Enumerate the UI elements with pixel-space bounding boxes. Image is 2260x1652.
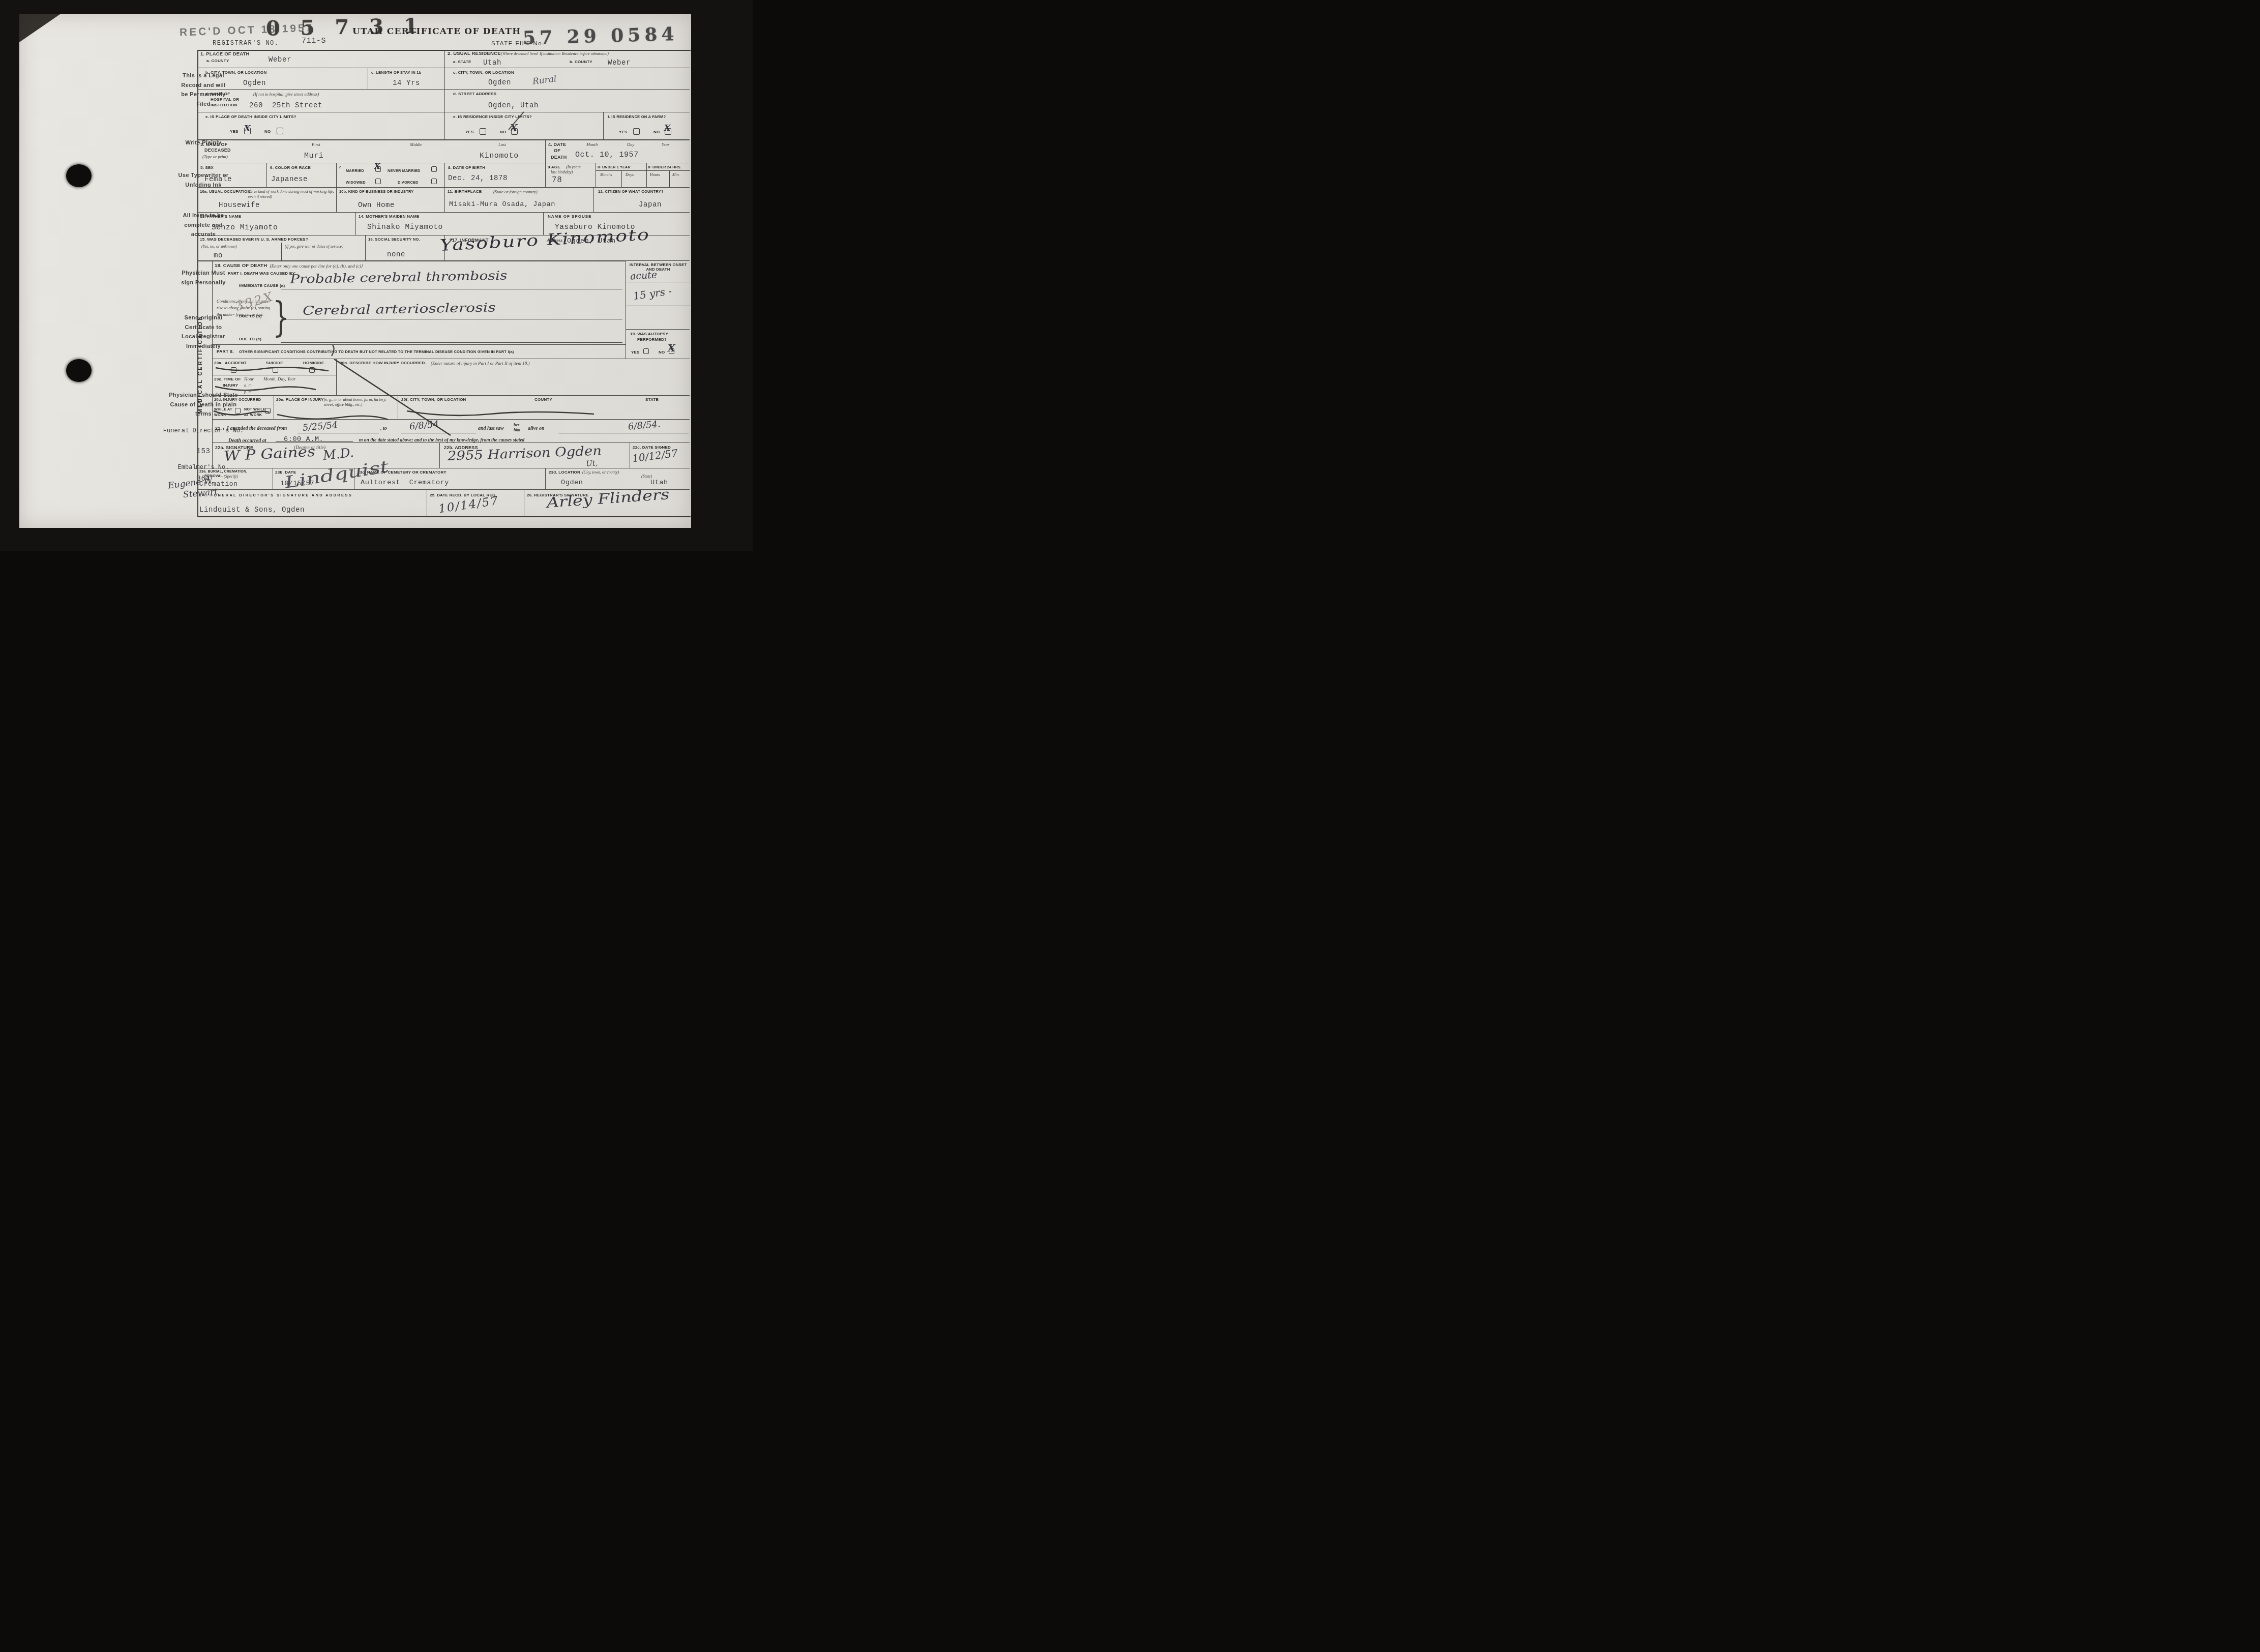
dod-year-header: Year xyxy=(662,142,669,147)
injury-f-label: 20f. CITY, TOWN, OR LOCATION xyxy=(401,397,466,402)
cell-residence-city-limits: e. IS RESIDENCE INSIDE CITY LIMITS? YES … xyxy=(444,112,603,139)
attendance-text-3: and last saw xyxy=(478,426,504,431)
attendance-him: him xyxy=(514,428,520,432)
interval-a-value: acute xyxy=(630,269,657,282)
place-of-death-title: 1. PLACE OF DEATH xyxy=(200,51,250,57)
cell-residence-city: c. CITY, TOWN, OR LOCATION Ogden Rural xyxy=(444,68,690,89)
injury-d-label: 20d. INJURY OCCURRED xyxy=(214,397,261,402)
attend-to-line xyxy=(401,433,476,433)
hospital-label-3: INSTITUTION xyxy=(211,103,237,107)
birthplace-label: 11. BIRTHPLACE xyxy=(448,189,482,194)
cell-attendance: 21. I attended the deceased from , to an… xyxy=(212,419,690,442)
dod-value: Oct. 10, 1957 xyxy=(575,151,639,159)
months-label: Months xyxy=(600,172,612,177)
citizen-value: Japan xyxy=(639,201,662,209)
residence-limits-label: e. IS RESIDENCE INSIDE CITY LIMITS? xyxy=(453,114,532,119)
cell-pod-city-limits: e. IS PLACE OF DEATH INSIDE CITY LIMITS?… xyxy=(197,112,444,139)
funeral-director-label: 24. FUNERAL DIRECTOR'S SIGNATURE AND ADD… xyxy=(199,493,352,497)
name-note: (Type or print) xyxy=(202,154,228,159)
dob-label: 8. DATE OF BIRTH xyxy=(448,165,485,170)
usual-residence-note: (Where deceased lived. If institution: R… xyxy=(501,51,687,56)
punch-hole-top xyxy=(66,164,92,187)
dod-label-1: 4. DATE xyxy=(548,142,566,147)
race-value: Japanese xyxy=(271,175,308,184)
last-seen-line xyxy=(558,433,689,433)
homicide-label: HOMICIDE xyxy=(303,361,324,365)
while-at-work-checkbox xyxy=(235,408,241,414)
injury-b-note: (Enter nature of injury in Part I or Par… xyxy=(431,361,529,366)
under-24-hrs-label: IF UNDER 24 HRS. xyxy=(648,165,681,169)
injury-e-label: 20e. PLACE OF INJURY xyxy=(276,397,324,402)
residence-state-value: Utah xyxy=(483,59,501,67)
cemetery-value: Aultorest Crematory xyxy=(361,479,449,487)
farm-label: f. IS RESIDENCE ON A FARM? xyxy=(608,114,666,119)
funeral-director-value: Lindquist & Sons, Ogden xyxy=(199,506,305,514)
last-name-value: Kinomoto xyxy=(480,152,519,160)
stay-value: 14 Yrs xyxy=(393,79,420,87)
cell-usual-residence: 2. USUAL RESIDENCE (Where deceased lived… xyxy=(444,50,690,68)
street-address-value: Ogden, Utah xyxy=(488,102,539,110)
dod-month-header: Month xyxy=(586,142,598,147)
part2-text: OTHER SIGNIFICANT CONDITIONS CONTRIBUTIN… xyxy=(239,349,514,354)
married-label: MARRIED xyxy=(346,168,364,173)
location-note: (City, town, or county) xyxy=(582,470,619,475)
medical-certification-label: MEDICAL CERTIFICATION xyxy=(197,261,212,467)
race-label: 6. COLOR OR RACE xyxy=(270,165,311,170)
mother-value: Shinako Miyamoto xyxy=(367,223,443,231)
dob-value: Dec. 24, 1878 xyxy=(448,174,508,183)
county-label: a. COUNTY xyxy=(206,58,229,63)
hospital-value: 260 25th Street xyxy=(249,102,322,110)
cell-race: 6. COLOR OR RACE Japanese xyxy=(266,163,336,187)
residence-limits-yes-label: YES xyxy=(465,130,474,134)
location-city-value: Ogden xyxy=(561,479,583,487)
due-to-b-label: DUE TO (b) xyxy=(239,314,262,318)
not-while-label-2: AT WORK xyxy=(244,412,262,417)
due-to-c-label: DUE TO (c) xyxy=(239,337,261,341)
injury-c-label-1: 20c. TIME OF xyxy=(214,377,241,381)
never-married-checkbox xyxy=(431,166,437,172)
age-note-2: last birthday) xyxy=(551,170,573,174)
cell-20d: 20d. INJURY OCCURRED WHILE AT WORK NOT W… xyxy=(212,395,274,419)
suicide-label: SUICIDE xyxy=(266,361,283,365)
death-time-line xyxy=(276,441,353,442)
dod-day-header: Day xyxy=(627,142,634,147)
father-value: Senzo Miyamoto xyxy=(212,224,278,232)
father-label: 13. FATHER'S NAME xyxy=(200,214,241,219)
name-label-1: 3. NAME OF xyxy=(200,142,228,147)
cell-20b: 20b. DESCRIBE HOW INJURY OCCURRED. (Ente… xyxy=(336,359,690,395)
pod-limits-yes-xmark: X xyxy=(244,124,250,133)
residence-county-value: Weber xyxy=(608,59,631,67)
medical-certification-strip: MEDICAL CERTIFICATION xyxy=(197,260,212,468)
cell-length-of-stay: c. LENGTH OF STAY IN 1b 14 Yrs xyxy=(368,68,444,89)
certificate-title: UTAH CERTIFICATE OF DEATH xyxy=(352,26,521,37)
farm-yes-label: YES xyxy=(619,130,628,134)
under-1-year-label: IF UNDER 1 YEAR xyxy=(598,165,631,169)
cell-mother-name: 14. MOTHER'S MAIDEN NAME Shinako Miyamot… xyxy=(355,212,543,235)
farm-yes-checkbox xyxy=(633,128,640,135)
age-label: 9 AGE xyxy=(548,165,560,169)
state-file-number: 57 29 0584 xyxy=(523,23,678,49)
occupation-note: (Give kind of work done during most of w… xyxy=(248,189,335,199)
marital-number: 7 xyxy=(339,165,341,169)
cell-citizenship: 12. CITIZEN OF WHAT COUNTRY? Japan xyxy=(593,187,690,212)
hospital-label-2: HOSPITAL OR xyxy=(211,97,239,102)
spouse-label: NAME OF SPOUSE xyxy=(548,214,591,219)
county-value: Weber xyxy=(269,56,291,64)
attendance-her: her xyxy=(514,423,519,427)
sex-value: Female xyxy=(204,175,232,184)
farm-no-xmark: X xyxy=(664,123,670,133)
pod-city-value: Ogden xyxy=(243,79,266,87)
cell-hospital: d. NAME OF HOSPITAL OR INSTITUTION (If n… xyxy=(197,89,444,112)
not-while-label-1: NOT WHILE xyxy=(244,407,265,411)
cell-industry: 10b. KIND OF BUSINESS OR INDUSTRY Own Ho… xyxy=(336,187,444,212)
cell-if-under-1-year: IF UNDER 1 YEAR Months Days xyxy=(596,163,646,187)
residence-city-value: Ogden xyxy=(488,79,511,87)
injury-county-label: COUNTY xyxy=(534,397,552,402)
month-day-year-label: Month, Day, Year xyxy=(263,376,295,381)
mother-label: 14. MOTHER'S MAIDEN NAME xyxy=(359,214,420,219)
hour-label: Hour xyxy=(244,376,254,381)
farm-no-label: NO xyxy=(653,130,660,134)
cause-title-note: [Enter only one cause per line for (a), … xyxy=(270,263,363,269)
days-label: Days xyxy=(626,172,634,177)
autopsy-label-2: PERFORMED? xyxy=(637,337,667,342)
cell-20f: 20f. CITY, TOWN, OR LOCATION COUNTY STAT… xyxy=(398,395,690,419)
cell-father-name: 13. FATHER'S NAME Senzo Miyamoto xyxy=(197,212,355,235)
residence-city-rural-handwriting: Rural xyxy=(532,74,557,87)
attendance-text-1: I attended the deceased from xyxy=(227,426,287,431)
age-value: 78 xyxy=(552,175,562,185)
am-label: a. m. xyxy=(244,382,253,388)
injury-state-label: STATE xyxy=(645,397,659,402)
location-state-note: (State) xyxy=(641,474,652,479)
attendance-text-2: , to xyxy=(380,426,387,431)
stay-label: c. LENGTH OF STAY IN 1b xyxy=(371,70,422,75)
cell-pod-city: b. CITY, TOWN, OR LOCATION Ogden xyxy=(197,68,368,89)
cell-autopsy: 19. WAS AUTOPSY PERFORMED? YES NO X xyxy=(626,329,690,359)
cell-20c: 20c. TIME OF INJURY Hour Month, Day, Yea… xyxy=(212,375,336,395)
cell-name-of-deceased: 3. NAME OF DECEASED (Type or print) Firs… xyxy=(197,139,545,163)
pod-limits-yes-label: YES xyxy=(230,129,239,134)
cell-birthplace: 11. BIRTHPLACE (State or foreign country… xyxy=(444,187,593,212)
hours-label: Hours xyxy=(650,172,660,177)
injury-a-number: 20a. xyxy=(214,361,222,365)
autopsy-no-label: NO xyxy=(659,350,665,355)
not-while-at-work-checkbox xyxy=(265,408,271,414)
homicide-checkbox xyxy=(309,367,315,373)
birthplace-note: (State or foreign country) xyxy=(493,189,538,194)
scanned-death-certificate: REC'D OCT 18 1957 0 5 7 3 1 REGISTRAR'S … xyxy=(0,0,753,551)
dod-label-2: OF xyxy=(554,148,560,153)
occupation-value: Housewife xyxy=(219,201,260,210)
cell-marital-status: 7 MARRIED X NEVER MARRIED WIDOWED DIVORC… xyxy=(336,163,444,187)
residence-city-label: c. CITY, TOWN, OR LOCATION xyxy=(453,70,514,75)
paper-corner-shadow xyxy=(19,14,60,42)
autopsy-yes-checkbox xyxy=(643,348,649,354)
hospital-label-1: d. NAME OF xyxy=(205,92,230,96)
last-name-header: Last xyxy=(498,142,506,147)
occupation-label: 10a. USUAL OCCUPATION xyxy=(200,189,250,194)
pod-limits-no-checkbox xyxy=(277,128,283,134)
cell-age: 9 AGE (In years last birthday) 78 xyxy=(545,163,596,187)
middle-name-header: Middle xyxy=(410,142,422,147)
cause-b-line xyxy=(281,319,622,319)
married-xmark: X xyxy=(374,162,380,171)
street-address-label: d. STREET ADDRESS xyxy=(453,92,496,96)
ssn-value: none xyxy=(387,251,405,259)
pm-label: p. m. xyxy=(244,389,253,394)
while-at-work-label-1: WHILE AT xyxy=(214,407,232,411)
citizen-label: 12. CITIZEN OF WHAT COUNTRY? xyxy=(598,189,664,194)
injury-e-note: (e. g., in or about home, farm, factory,… xyxy=(324,397,396,408)
burial-label-1: 23a. BURIAL, CREMATION, xyxy=(199,470,247,474)
dod-label-3: DEATH xyxy=(551,155,567,160)
attendance-text-4: alive on xyxy=(528,426,545,431)
interval-b-value: 15 yrs - xyxy=(633,285,673,302)
cause-a-line xyxy=(281,289,622,289)
first-name-header: First xyxy=(312,142,320,147)
residence-limits-no-xmark: X xyxy=(510,123,518,134)
accident-checkbox xyxy=(231,367,236,373)
autopsy-label-1: 19. WAS AUTOPSY xyxy=(630,332,668,336)
first-name-value: Muri xyxy=(304,152,323,160)
min-label: Min. xyxy=(672,172,680,177)
sex-label: 5. SEX xyxy=(200,165,214,170)
suicide-checkbox xyxy=(273,367,278,373)
cell-date-of-death: 4. DATE OF DEATH Month Day Year Oct. 10,… xyxy=(545,139,690,163)
pod-limits-no-label: NO xyxy=(264,129,271,134)
name-label-2: DECEASED xyxy=(204,147,231,153)
attend-from-line xyxy=(298,433,379,433)
residence-state-label: a. STATE xyxy=(453,60,471,64)
pod-limits-label: e. IS PLACE OF DEATH INSIDE CITY LIMITS? xyxy=(205,114,296,119)
usual-residence-title: 2. USUAL RESIDENCE xyxy=(448,51,501,56)
immediate-cause-label: IMMEDIATE CAUSE (a) xyxy=(239,283,285,288)
part1-label: PART I. DEATH WAS CAUSED BY: xyxy=(228,271,296,276)
cell-ssn: 16. SOCIAL SECURITY NO. none xyxy=(365,235,444,260)
location-label: 23d. LOCATION xyxy=(549,470,580,475)
injury-c-label-2: INJURY xyxy=(223,383,238,388)
cell-20a: 20a. ACCIDENT SUICIDE HOMICIDE xyxy=(212,359,336,375)
residence-limits-yes-checkbox xyxy=(480,128,486,135)
cell-sex: 5. SEX Female xyxy=(197,163,266,187)
forces-note-2: (If yes, give war or dates of service) xyxy=(285,244,343,249)
cell-part2: PART II. OTHER SIGNIFICANT CONDITIONS CO… xyxy=(212,344,626,359)
cell-interval: INTERVAL BETWEEN ONSET AND DEATH acute 1… xyxy=(626,260,690,329)
cell-funeral-director: 24. FUNERAL DIRECTOR'S SIGNATURE AND ADD… xyxy=(197,489,427,517)
accident-label: ACCIDENT xyxy=(225,361,247,365)
forces-label: 15. WAS DECEASED EVER IN U. S. ARMED FOR… xyxy=(200,237,308,242)
birthplace-value: Misaki-Mura Osada, Japan xyxy=(449,201,555,209)
cell-20e: 20e. PLACE OF INJURY (e. g., in or about… xyxy=(274,395,398,419)
injury-b-label: 20b. DESCRIBE HOW INJURY OCCURRED. xyxy=(340,361,426,365)
ssn-label: 16. SOCIAL SECURITY NO. xyxy=(368,237,420,242)
industry-value: Own Home xyxy=(358,201,395,210)
forces-value: mo xyxy=(214,252,223,260)
forces-note-1: (Yes, no, or unknown) xyxy=(201,244,237,249)
attendance-number: 21. xyxy=(215,426,222,431)
pod-city-label: b. CITY, TOWN, OR LOCATION xyxy=(205,70,266,75)
registrars-no-value: 711-S xyxy=(302,37,326,45)
cell-residence-farm: f. IS RESIDENCE ON A FARM? YES NO X xyxy=(603,112,690,139)
age-note-1: (In years xyxy=(566,165,581,169)
part2-label: PART II. xyxy=(217,349,234,354)
autopsy-yes-label: YES xyxy=(631,350,640,355)
autopsy-no-xmark: X xyxy=(668,343,675,354)
divorced-label: DIVORCED xyxy=(398,180,419,185)
cell-occupation: 10a. USUAL OCCUPATION (Give kind of work… xyxy=(197,187,336,212)
cell-street-address: d. STREET ADDRESS Ogden, Utah xyxy=(444,89,690,112)
while-at-work-label-2: WORK xyxy=(214,412,226,417)
registrars-no-label: REGISTRAR'S NO. xyxy=(213,40,279,47)
cell-armed-forces: 15. WAS DECEASED EVER IN U. S. ARMED FOR… xyxy=(197,235,365,260)
widowed-label: WIDOWED xyxy=(346,180,366,185)
never-married-label: NEVER MARRIED xyxy=(388,168,421,173)
widowed-checkbox xyxy=(375,179,381,184)
divorced-checkbox xyxy=(431,179,437,184)
cell-date-of-birth: 8. DATE OF BIRTH Dec. 24, 1878 xyxy=(444,163,545,187)
punch-hole-bottom xyxy=(66,359,92,382)
cell-place-of-death: 1. PLACE OF DEATH a. COUNTY Weber xyxy=(197,50,444,68)
industry-label: 10b. KIND OF BUSINESS OR INDUSTRY xyxy=(339,189,413,194)
cell-if-under-24-hrs: IF UNDER 24 HRS. Hours Min. xyxy=(646,163,690,187)
residence-limits-no-label: NO xyxy=(500,130,506,134)
residence-county-label: b. COUNTY xyxy=(570,60,592,64)
cause-c-line xyxy=(281,342,622,343)
physician-address-2: Ut, xyxy=(585,458,598,468)
hospital-note: (If not in hospital, give street address… xyxy=(253,92,319,97)
cause-title: 18. CAUSE OF DEATH xyxy=(215,263,267,269)
burial-note: (Specify) xyxy=(224,474,238,479)
